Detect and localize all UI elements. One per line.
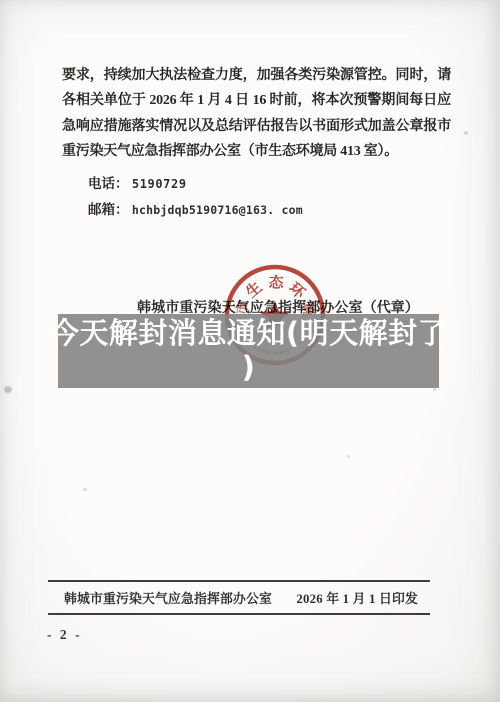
footer-print-date: 2026 年 1 月 1 日印发 — [296, 588, 418, 607]
footer-divider-bottom — [48, 613, 430, 615]
footer-divider-top — [48, 580, 430, 582]
email-line: 邮箱： hchbjdqb5190716@163. com — [88, 197, 303, 223]
caption-text-line2: ) — [242, 350, 256, 384]
footer-row: 韩城市重污染天气应急指挥部办公室 2026 年 1 月 1 日印发 — [48, 583, 430, 611]
scan-noise-dot — [433, 388, 436, 391]
footer-issuer: 韩城市重污染天气应急指挥部办公室 — [64, 588, 272, 607]
phone-label: 电话： — [88, 176, 129, 191]
document-body-paragraph: 要求，持续加大执法检查力度，加强各类污染源管控。同时，请各相关单位于 2026 … — [62, 63, 451, 165]
scan-noise-dot — [347, 455, 350, 458]
seal-arc-char: 环 — [285, 279, 308, 302]
email-value: hchbjdqb5190716@163. com — [132, 203, 303, 217]
scan-noise-dot — [83, 488, 87, 491]
scan-noise-dot — [464, 131, 468, 135]
caption-banner-overlay: 今天解封消息通知(明天解封了 ) — [58, 314, 439, 388]
page-number: - 2 - — [47, 627, 82, 643]
seal-arc-char: 态 — [268, 273, 285, 292]
email-label: 邮箱： — [88, 202, 129, 217]
contact-block: 电话： 5190729 邮箱： hchbjdqb5190716@163. com — [88, 171, 303, 222]
scan-noise-dot — [4, 386, 12, 393]
seal-arc-char: 生 — [243, 279, 265, 302]
caption-text-line1: 今天解封消息通知(明天解封了 — [50, 316, 447, 350]
phone-line: 电话： 5190729 — [88, 171, 303, 197]
phone-value: 5190729 — [132, 177, 187, 191]
